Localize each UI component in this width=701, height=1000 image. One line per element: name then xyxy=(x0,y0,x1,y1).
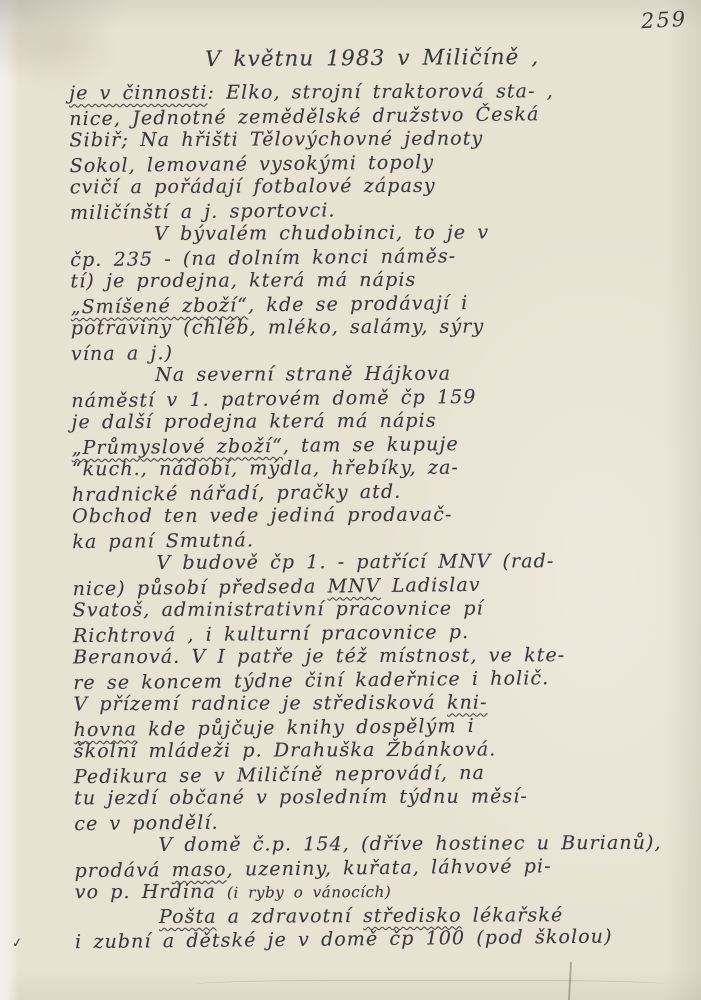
scanned-page: 259 V květnu 1983 v Miličíně , je v činn… xyxy=(0,0,701,1000)
text-segment: tí) je prodejna, která má nápis xyxy=(70,269,416,293)
text-segment: : Elko, strojní traktorová sta- , xyxy=(207,80,553,104)
text-segment: Beranová. V I patře je též místnost, ve … xyxy=(73,644,565,668)
underlined-text: Pošta xyxy=(159,905,217,927)
text-segment: vo p. Hrdina xyxy=(75,881,227,904)
text-segment: (i ryby o vánocích) xyxy=(227,883,391,902)
text-segment: vína a j.) xyxy=(71,342,173,365)
text-segment: tu jezdí občané v posledním týdnu měsí- xyxy=(74,785,528,809)
paragraph: je v činnosti: Elko, strojní traktorová … xyxy=(69,79,676,224)
underlined-text: je v činnosti xyxy=(69,82,207,105)
text-segment: , kde se prodávají i xyxy=(248,292,469,316)
manuscript-body: je v činnosti: Elko, strojní traktorová … xyxy=(69,79,681,954)
paragraph: V bývalém chudobinci, to je včp. 235 - (… xyxy=(70,220,677,365)
text-segment: a zdravotní xyxy=(217,905,364,928)
text-line: vo p. Hrdina (i ryby o vánocích) xyxy=(75,879,681,906)
page-title: V květnu 1983 v Miličíně , xyxy=(69,42,675,76)
text-segment: Ladislav xyxy=(381,573,481,596)
text-segment: je další prodejna která má nápis xyxy=(71,410,436,434)
text-segment: ka paní Smutná. xyxy=(72,529,254,553)
text-segment: nice, Jednotné zemědělské družstvo Česká xyxy=(69,103,539,130)
text-segment: cvičí a pořádají fotbalové zápasy xyxy=(70,175,436,199)
text-segment: Pedikura se v Miličíně neprovádí, na xyxy=(74,761,485,787)
text-segment: Svatoš, administrativní pracovnice pí xyxy=(73,598,484,622)
text-segment: “kuch., nádobí, mýdla, hřebíky, za- xyxy=(72,457,459,481)
text-segment: V bývalém chudobinci, to je v xyxy=(154,222,489,245)
paragraph: Pošta a zdravotní středisko lékařskéi zu… xyxy=(75,902,681,953)
text-segment: Obchod ten vede jediná prodavač- xyxy=(72,504,452,528)
paragraph: Na severní straně Hájkovanáměstí v 1. pa… xyxy=(71,361,678,553)
paragraph: V budově čp 1. - patřící MNV (rad-nice) … xyxy=(72,549,680,835)
underlined-text: kni- xyxy=(447,692,488,714)
text-segment: V budově čp 1. - patřící MNV (rad- xyxy=(156,550,554,574)
text-segment: hradnické nářadí, pračky atd. xyxy=(72,480,402,505)
text-segment: Richtrová , i kulturní pracovnice p. xyxy=(73,621,469,647)
text-segment: Sibiř; Na hřišti Tělovýchovné jednoty xyxy=(69,128,483,152)
text-segment: V domě č.p. 154, (dříve hostinec u Buria… xyxy=(158,832,661,856)
text-segment: čp. 235 - (na dolním konci náměs- xyxy=(70,245,456,271)
text-segment: Na severní straně Hájkova xyxy=(155,363,451,386)
underlined-text: maso xyxy=(172,858,227,881)
page-number: 259 xyxy=(640,7,687,33)
text-segment: , tam se kupuje xyxy=(283,433,459,457)
underlined-text: „Smíšené zboží“ xyxy=(71,294,249,318)
text-segment: Sokol, lemované vysokými topoly xyxy=(70,151,435,177)
text-segment: nice) působí předseda xyxy=(73,575,328,600)
text-segment: lékařské xyxy=(462,904,564,926)
paragraph: V domě č.p. 154, (dříve hostinec u Buria… xyxy=(74,831,680,907)
checkmark-icon: ✓ xyxy=(11,935,24,951)
text-segment: náměstí v 1. patrovém domě čp 159 xyxy=(71,385,476,411)
text-segment: V přízemí radnice je středisková xyxy=(73,692,447,716)
manuscript: V květnu 1983 v Miličíně , je v činnosti… xyxy=(69,42,681,954)
pencil-guideline xyxy=(196,980,666,989)
underlined-text: „Průmyslové zboží“ xyxy=(72,434,283,458)
underlined-text: MNV xyxy=(327,574,380,597)
underlined-text: středisko xyxy=(363,904,462,926)
text-segment: i zubní a dětské je v domě čp 100 (pod š… xyxy=(75,926,613,954)
text-segment: , uzeniny, kuřata, láhvové pi- xyxy=(226,855,551,880)
text-segment: kde půjčuje knihy dospělým i xyxy=(137,714,475,740)
underlined-text: hovna xyxy=(73,718,137,741)
text-line: i zubní a dětské je v domě čp 100 (pod š… xyxy=(75,925,681,955)
text-segment: školní mládeži p. Drahuška Žbánková. xyxy=(74,738,497,762)
text-segment: potraviny (chléb, mléko, salámy, sýry xyxy=(71,316,485,340)
text-segment: prodává xyxy=(74,859,171,882)
text-segment: ce v pondělí. xyxy=(74,811,219,835)
text-segment: miličínští a j. sportovci. xyxy=(70,199,336,224)
text-segment: re se koncem týdne činí kadeřnice i holi… xyxy=(73,667,549,694)
